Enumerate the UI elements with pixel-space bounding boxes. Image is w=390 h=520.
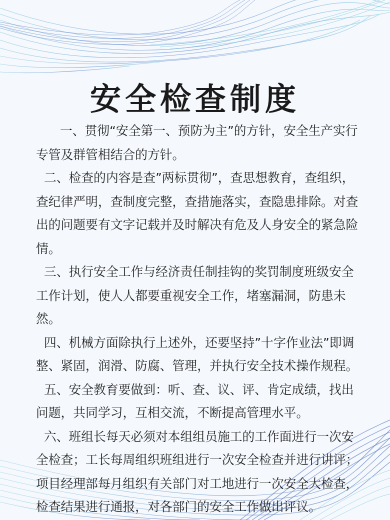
document-body: 一、贯彻“安全第一、预防为主”的方针，安全生产实行专管及群管相结合的方针。 二、…: [36, 119, 366, 519]
document-title: 安全检查制度: [0, 74, 390, 119]
paragraph-1: 一、贯彻“安全第一、预防为主”的方针，安全生产实行专管及群管相结合的方针。: [36, 119, 366, 166]
paragraph-3: 三、执行安全工作与经济责任制挂钩的奖罚制度班级安全工作计划，使人人都要重视安全工…: [36, 260, 366, 331]
paragraph-2: 二、检查的内容是查”两标贯彻”，查思想教育，查组织，查纪律严明，查制度完整，查措…: [36, 166, 366, 260]
paragraph-4: 四、机械方面除执行上述外，还要坚持”十字作业法”即调整、紧固，润滑、防腐、管理，…: [36, 331, 366, 378]
paragraph-5: 五、安全教育要做到：听、查、议、评、肯定成绩，找出问题，共同学习，互相交流，不断…: [36, 378, 366, 425]
paragraph-6: 六、班组长每天必须对本组组员施工的工作面进行一次安全检查；工长每周组织班组进行一…: [36, 425, 366, 519]
